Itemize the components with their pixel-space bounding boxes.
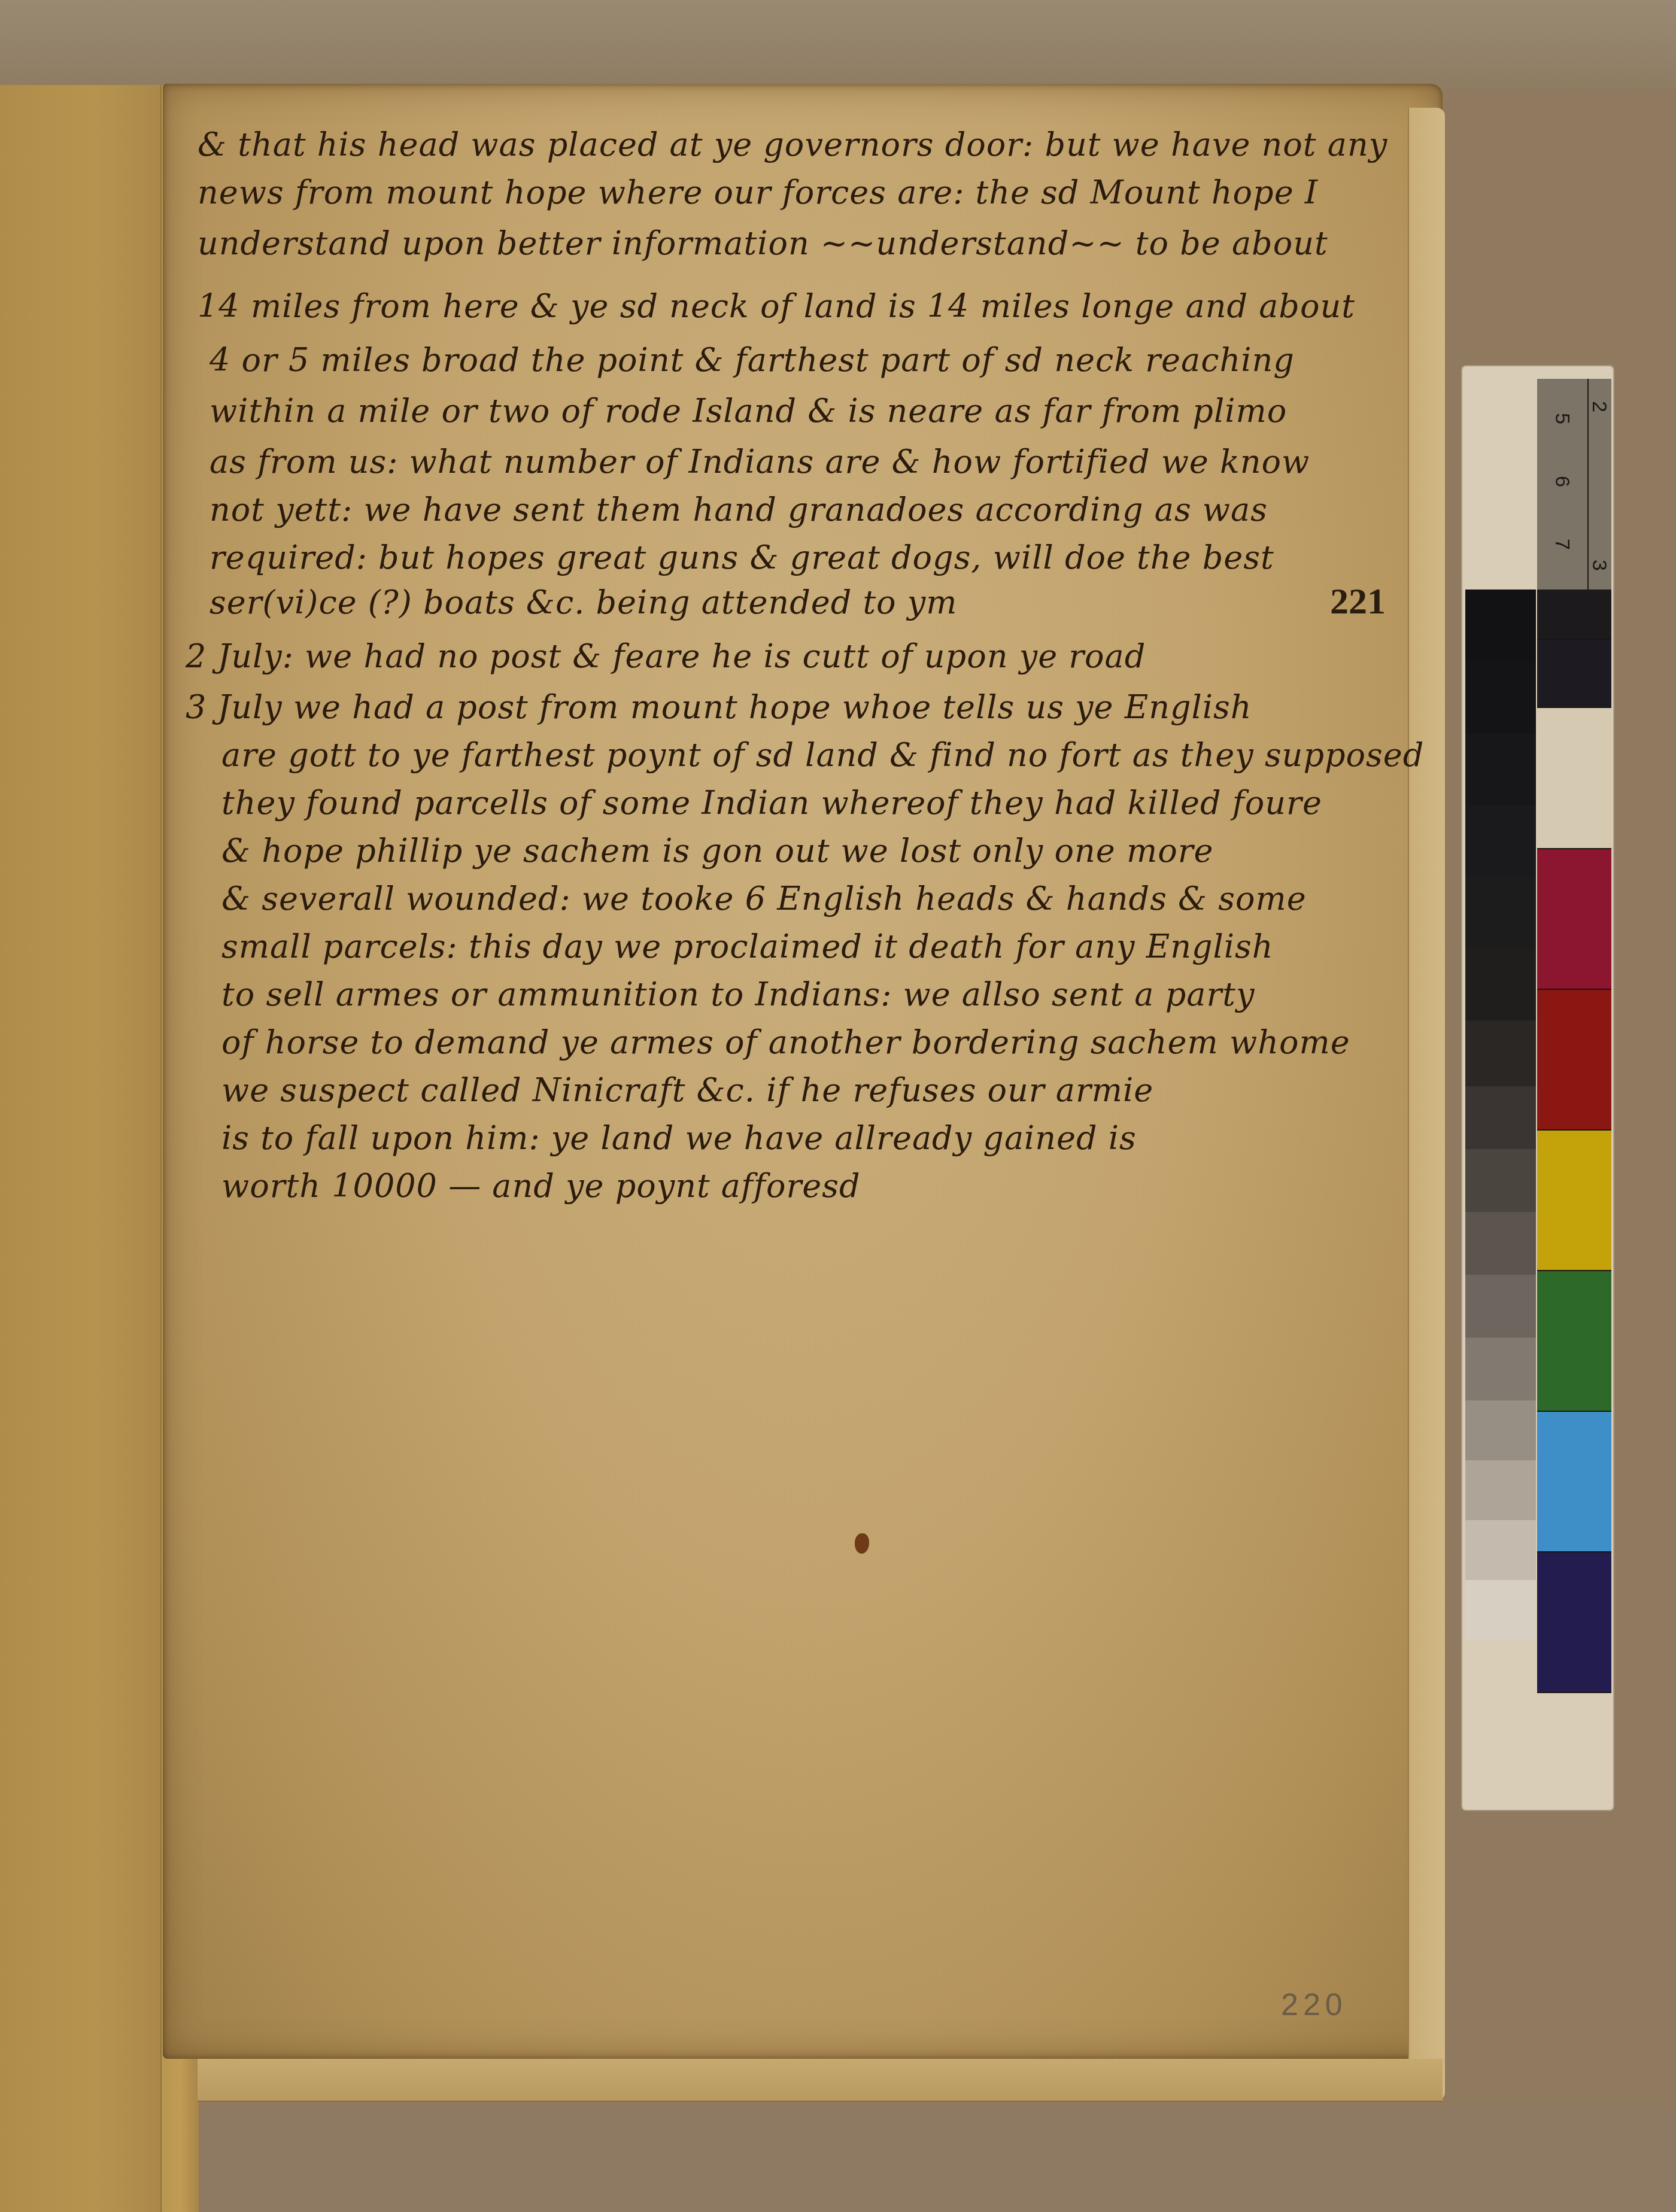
folio-number: 221 bbox=[1330, 581, 1386, 623]
color-patch-yellow bbox=[1537, 1131, 1611, 1271]
manuscript-line: 14 miles from here & ye sd neck of land … bbox=[198, 287, 1355, 325]
manuscript-line: within a mile or two of rode Island & is… bbox=[209, 392, 1287, 430]
color-patch-dark-black bbox=[1537, 640, 1611, 708]
manuscript-line: worth 10000 — and ye poynt afforesd bbox=[221, 1167, 861, 1205]
manuscript-line: they found parcells of some Indian where… bbox=[221, 784, 1322, 822]
manuscript-line: to sell armes or ammunition to Indians: … bbox=[221, 976, 1255, 1013]
manuscript-line: & severall wounded: we tooke 6 English h… bbox=[221, 880, 1307, 917]
adjacent-leaf bbox=[0, 85, 160, 2212]
gray-patch bbox=[1465, 877, 1536, 949]
manuscript-line: & hope phillip ye sachem is gon out we l… bbox=[221, 832, 1213, 870]
gray-patch bbox=[1465, 949, 1536, 1020]
color-patch-cyan bbox=[1537, 1412, 1611, 1552]
manuscript-line: are gott to ye farthest poynt of sd land… bbox=[221, 736, 1424, 774]
gray-patch bbox=[1465, 1149, 1536, 1212]
manuscript-line: not yett: we have sent them hand granado… bbox=[209, 491, 1268, 528]
color-patch-magenta bbox=[1537, 849, 1611, 990]
manuscript-line: is to fall upon him: ye land we have all… bbox=[221, 1119, 1137, 1157]
scan-backdrop-bottom bbox=[198, 2107, 1676, 2212]
ruler-label: 3 bbox=[1587, 560, 1611, 571]
pencil-folio-number: 220 bbox=[1281, 1987, 1347, 2023]
manuscript-line: of horse to demand ye armes of another b… bbox=[221, 1023, 1350, 1061]
color-patch-green bbox=[1537, 1271, 1611, 1412]
scan-backdrop-top bbox=[0, 0, 1676, 90]
manuscript-line: understand upon better information ~~und… bbox=[198, 224, 1328, 262]
color-patch-blue bbox=[1537, 1552, 1611, 1693]
ruler-label: 2 bbox=[1587, 401, 1611, 412]
mount-edge-bottom bbox=[198, 2059, 1443, 2102]
gray-patch bbox=[1465, 1338, 1536, 1400]
manuscript-line: ser(vi)ce (?) boats &c. being attended t… bbox=[209, 584, 957, 621]
manuscript-line: small parcels: this day we proclaimed it… bbox=[221, 928, 1274, 965]
color-patch-black bbox=[1537, 590, 1611, 640]
gray-patch bbox=[1465, 805, 1536, 877]
manuscript-line: news from mount hope where our forces ar… bbox=[198, 174, 1318, 211]
gray-patch bbox=[1465, 1212, 1536, 1275]
grayscale-patches bbox=[1465, 590, 1536, 1640]
gray-patch bbox=[1465, 590, 1536, 661]
gray-patch bbox=[1465, 1020, 1536, 1086]
manuscript-line: as from us: what number of Indians are &… bbox=[209, 443, 1310, 481]
gray-patch bbox=[1465, 1580, 1536, 1640]
mount-edge-right bbox=[1408, 108, 1445, 2101]
color-patches bbox=[1537, 590, 1611, 1693]
gray-patch bbox=[1465, 1520, 1536, 1580]
manuscript-line: 3 July we had a post from mount hope who… bbox=[186, 688, 1252, 726]
manuscript-line: 2 July: we had no post & feare he is cut… bbox=[186, 637, 1146, 675]
gray-patch bbox=[1465, 1400, 1536, 1460]
manuscript-line: 4 or 5 miles broad the point & farthest … bbox=[209, 341, 1295, 379]
gray-patch bbox=[1465, 1086, 1536, 1149]
ruler-label: 7 bbox=[1550, 539, 1574, 550]
color-patch-white bbox=[1537, 708, 1611, 849]
ruler-label: 6 bbox=[1550, 476, 1574, 487]
gray-patch bbox=[1465, 733, 1536, 805]
gray-patch bbox=[1465, 661, 1536, 733]
gray-patch bbox=[1465, 1275, 1536, 1338]
manuscript-line: we suspect called Ninicraft &c. if he re… bbox=[221, 1071, 1153, 1109]
manuscript-line: & that his head was placed at ye governo… bbox=[198, 126, 1387, 163]
color-patch-red bbox=[1537, 990, 1611, 1131]
gray-patch bbox=[1465, 1460, 1536, 1520]
manuscript-line: required: but hopes great guns & great d… bbox=[209, 539, 1274, 576]
ruler-label: 5 bbox=[1550, 413, 1574, 424]
